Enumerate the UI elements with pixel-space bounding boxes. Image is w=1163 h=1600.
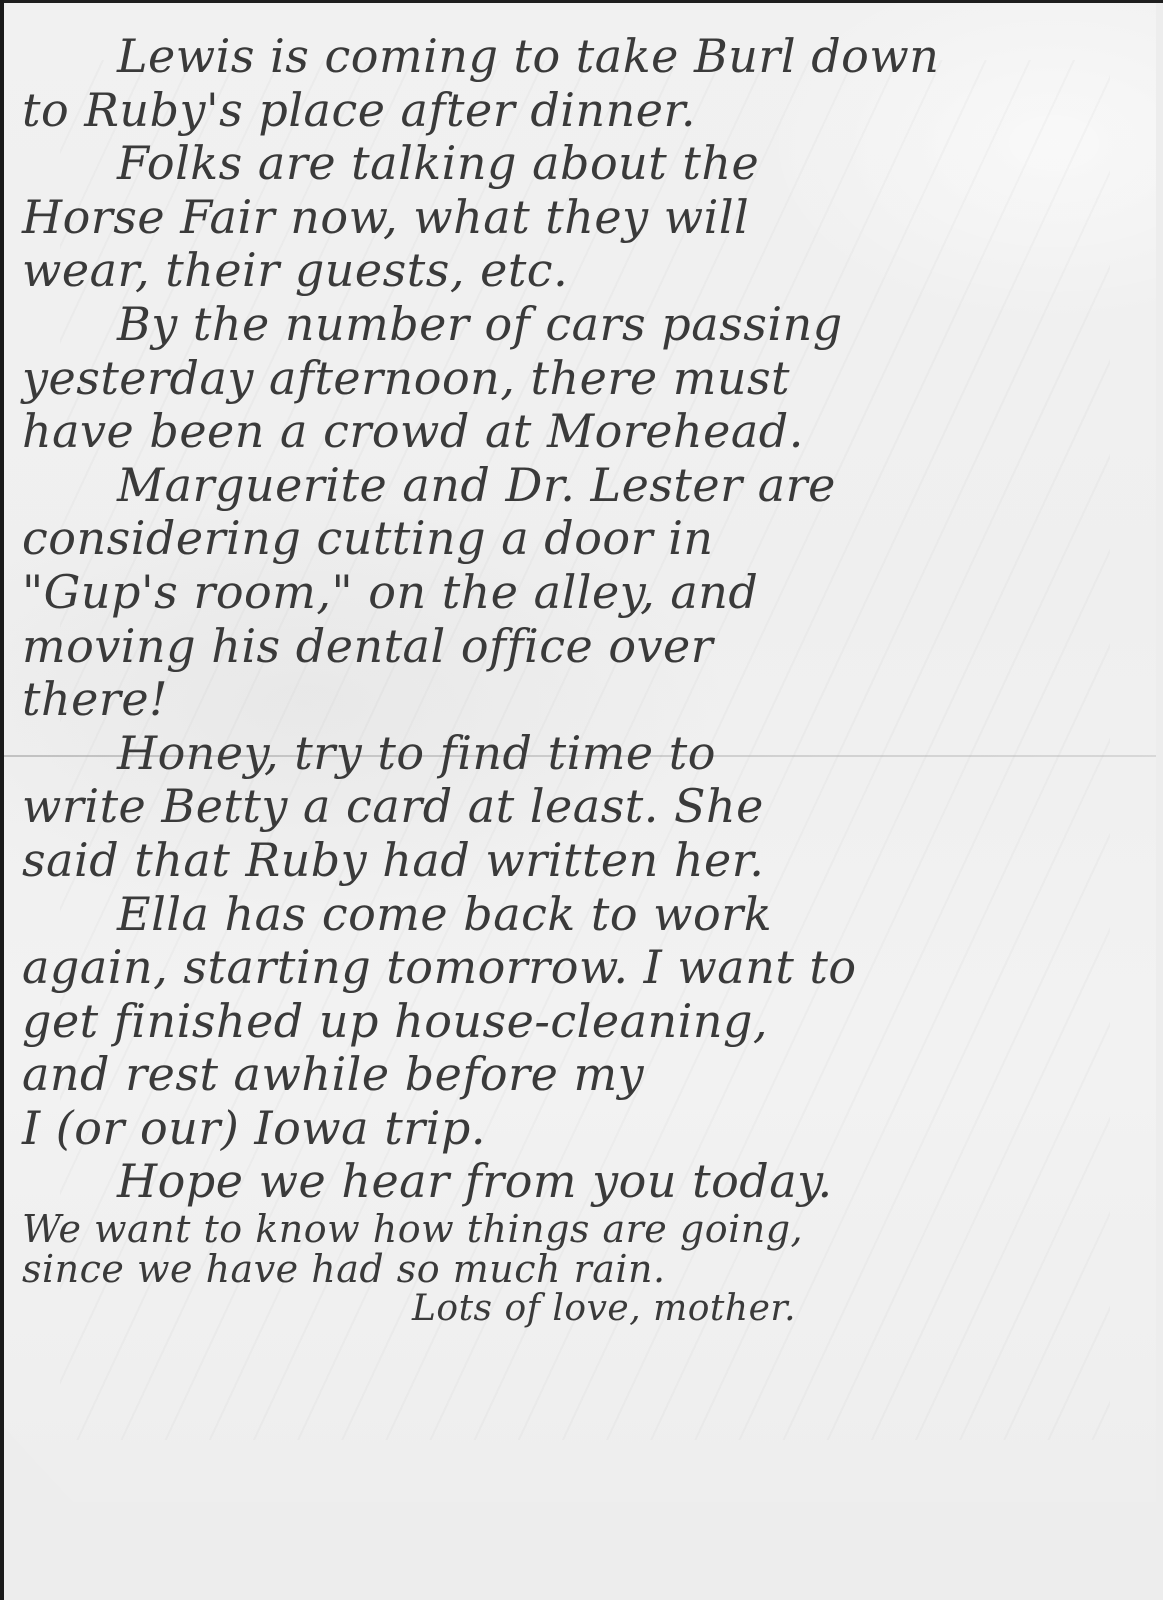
letter-line: again, starting tomorrow. I want to — [22, 941, 1147, 995]
letter-line: Honey, try to find time to — [22, 727, 1147, 781]
letter-line: have been a crowd at Morehead. — [22, 405, 1147, 459]
letter-line: get finished up house-cleaning, — [22, 995, 1147, 1049]
letter-line: I (or our) Iowa trip. — [22, 1102, 1147, 1156]
letter-line: We want to know how things are going, — [22, 1209, 1147, 1249]
letter-line: there! — [22, 673, 1147, 727]
letter-line: considering cutting a door in — [22, 512, 1147, 566]
letter-line: Ella has come back to work — [22, 888, 1147, 942]
scan-left-edge — [0, 0, 4, 1600]
letter-line: wear, their guests, etc. — [22, 244, 1147, 298]
letter-line: write Betty a card at least. She — [22, 780, 1147, 834]
letter-line: Lewis is coming to take Burl down — [22, 30, 1147, 84]
letter-line: yesterday afternoon, there must — [22, 352, 1147, 406]
letter-line: "Gup's room," on the alley, and — [22, 566, 1147, 620]
letter-line: By the number of cars passing — [22, 298, 1147, 352]
letter-line: Horse Fair now, what they will — [22, 191, 1147, 245]
letter-line: moving his dental office over — [22, 620, 1147, 674]
letter-line: said that Ruby had written her. — [22, 834, 1147, 888]
letter-line: and rest awhile before my — [22, 1048, 1147, 1102]
letter-body: Lewis is coming to take Burl down to Rub… — [22, 30, 1147, 1329]
letter-line: Folks are talking about the — [22, 137, 1147, 191]
letter-line: since we have had so much rain. — [22, 1249, 1147, 1289]
letter-line: Marguerite and Dr. Lester are — [22, 459, 1147, 513]
letter-line: Hope we hear from you today. — [22, 1155, 1147, 1209]
letter-line: to Ruby's place after dinner. — [22, 84, 1147, 138]
letter-closing-signature: Lots of love, mother. — [22, 1289, 1147, 1329]
scan-top-edge — [0, 0, 1163, 3]
